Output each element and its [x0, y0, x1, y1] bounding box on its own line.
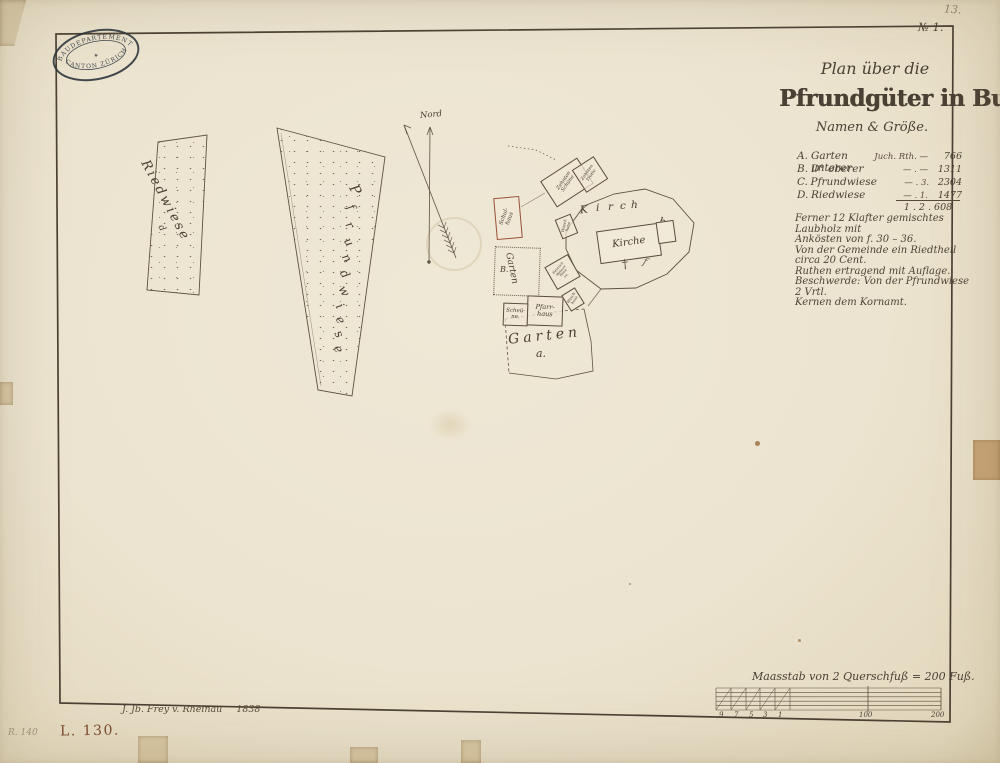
scale-tick: 1	[778, 712, 782, 719]
scale-tick-100: 100	[859, 712, 872, 719]
north-label: Nord	[420, 110, 443, 120]
row-name: D° oberer	[811, 163, 874, 175]
kirchhof-letter: r	[608, 202, 613, 213]
kirchhof-letter: c	[620, 201, 626, 212]
note-line: Beschwerde: Von der Pfrundwiese 2 Vrtl.	[795, 277, 973, 298]
building-kirche-chancel	[656, 220, 677, 244]
path-dotted-top	[508, 146, 556, 160]
row-value: 766	[928, 151, 962, 162]
building-label-line: haus	[535, 311, 554, 319]
stamp-star-icon: ✶	[93, 52, 99, 60]
building-label: Scheü- ne.	[506, 308, 525, 320]
path-connector-2	[521, 193, 545, 207]
title-line-3: Namen & Größe.	[812, 121, 932, 134]
notes-block: Ferner 12 Klafter gemischtes Laubholz mi…	[795, 214, 973, 309]
table-row: B. D° oberer — . — 1311	[797, 163, 962, 176]
arrow-feather	[438, 222, 456, 253]
note-line: Ferner 12 Klafter gemischtes Laubholz mi…	[795, 214, 973, 235]
table-row: C. Pfrundwiese — . 3. 2304	[797, 176, 962, 189]
scale-tick: 3	[763, 712, 767, 719]
row-name: Riedwiese	[811, 189, 874, 201]
building-label: Wasch haus	[561, 219, 572, 234]
scale-tick: 9	[719, 712, 723, 719]
signature-year: 1838	[236, 705, 260, 715]
title-line-2: Pfrundgüter in Buchs	[779, 87, 951, 110]
surveyor-signature: J. Jb. Frey v. Rheinau	[122, 705, 222, 715]
scale-title: Maasstab von 2 Querschfuß = 200 Fuß.	[752, 671, 975, 682]
garten-b-letter: B.	[500, 266, 508, 274]
register-number: L. 130.	[60, 723, 120, 738]
row-letter: C.	[797, 176, 811, 188]
title-line-1: Plan über die	[810, 61, 940, 77]
map-linework	[0, 0, 1000, 763]
pencil-reference: R. 140	[8, 729, 38, 738]
table-row: A. Garten unterer Juch. Rth. — 766	[797, 150, 962, 163]
pencil-folio-number: 13.	[944, 3, 962, 15]
building-label: Heinrich Webers Haus ec.	[552, 262, 573, 283]
building-label: Zehnten Trotte	[581, 164, 599, 184]
pfrundwiese-inner-line	[281, 133, 321, 386]
row-units: — . —	[874, 165, 928, 175]
row-value: 1311	[928, 164, 962, 175]
kirche-cross: †	[621, 258, 628, 270]
kirchhof-letter: i	[596, 203, 599, 214]
note-line: Von der Gemeinde ein Riedtheil circa 20 …	[795, 246, 973, 267]
parcel-table: A. Garten unterer Juch. Rth. — 766 B. D°…	[797, 150, 962, 202]
kirche-label: Kirche	[612, 236, 647, 251]
kirchhof-letter: h	[631, 200, 638, 211]
building-schulhaus: Schul- haus	[493, 196, 523, 240]
map-sheet: BAUDEPARTEMENT CANTON ZÜRICH ✶ 13. № 1. …	[0, 0, 1000, 763]
scale-tick-200: 200	[931, 712, 944, 719]
note-line: Kernen dem Kornamt.	[795, 298, 973, 309]
surveyor-signature-row: J. Jb. Frey v. Rheinau 1838	[122, 705, 260, 715]
building-label-line: haus	[565, 220, 572, 234]
row-name: Pfrundwiese	[811, 176, 877, 188]
path-connector-1	[588, 289, 601, 306]
north-arrow	[404, 125, 456, 263]
row-letter: D.	[797, 189, 811, 201]
building-label: Schul- haus	[500, 208, 517, 228]
scale-bar	[716, 686, 941, 712]
note-line: Ankösten von f. 30 – 36.	[795, 235, 973, 246]
building-scheune: Scheü- ne.	[503, 303, 529, 327]
scale-tick: 7	[734, 712, 738, 719]
row-value: 2304	[929, 177, 962, 188]
table-total: 1 . 2 . 608	[896, 200, 960, 213]
garten-a-letter: a.	[536, 348, 546, 359]
row-units: — . 3.	[877, 178, 929, 188]
building-pfarrhaus: Pfarr- haus	[526, 295, 563, 326]
building-label: Pfarr- haus	[535, 304, 555, 318]
row-units: Juch. Rth. —	[874, 152, 928, 162]
pfrundwiese-outline	[277, 128, 385, 396]
building-label-line: ne.	[506, 314, 525, 320]
scale-tick: 5	[749, 712, 753, 719]
plan-number: № 1.	[918, 22, 944, 34]
row-letter: A.	[797, 150, 811, 162]
building-label: Wasch haus	[566, 292, 579, 307]
kirchhof-letter: K	[579, 205, 588, 216]
row-letter: B.	[797, 163, 811, 175]
